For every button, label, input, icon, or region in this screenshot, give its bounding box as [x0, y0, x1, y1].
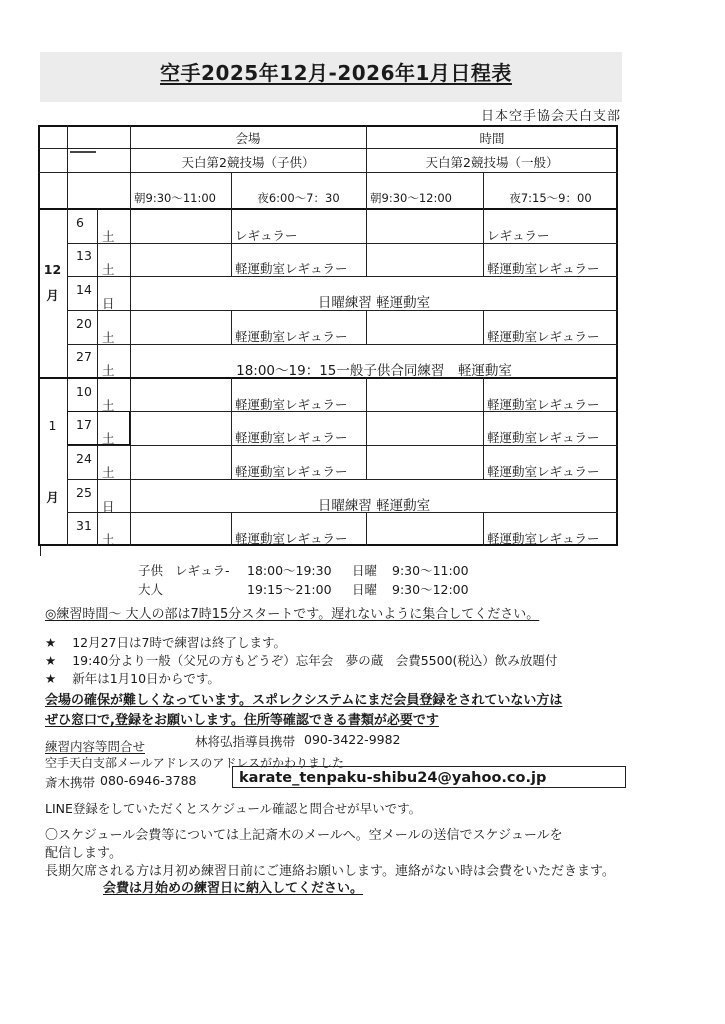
summary-adult-time: 19:15～21:00 [247, 580, 332, 598]
venue-divider [366, 172, 367, 208]
weekday: 土 [102, 396, 115, 414]
month-label-december: 12 [38, 262, 67, 277]
corner-mark [70, 151, 96, 153]
day-number: 17 [76, 417, 92, 432]
day-number: 25 [76, 485, 92, 500]
col-divider [483, 208, 484, 276]
weekday: 土 [102, 463, 115, 481]
star-note: ★ 新年は1月10日からです。 [45, 669, 220, 687]
saiki-phone: 080-6946-3788 [100, 773, 197, 788]
adult-pm-cell: 軽運動室レギュラー [487, 529, 600, 547]
adult-pm-cell: 軽運動室レギュラー [487, 327, 600, 345]
children-pm-cell: 軽運動室レギュラー [235, 259, 348, 277]
summary-children-sunday-label: 日曜 [352, 561, 377, 579]
star-icon: ★ [45, 635, 56, 650]
summary-adult-sunday-label: 日曜 [352, 580, 377, 598]
adult-pm-cell: 軽運動室レギュラー [487, 428, 600, 446]
col-divider [483, 512, 484, 546]
header-divider [67, 148, 618, 149]
day-number: 10 [76, 384, 92, 399]
stray-mark [40, 546, 41, 556]
venue-header: 会場 [130, 129, 366, 147]
summary-children-sunday-time: 9:30～11:00 [392, 561, 469, 579]
children-pm-cell: 軽運動室レギュラー [235, 395, 348, 413]
day-number: 31 [76, 518, 92, 533]
summary-children-time: 18:00～19:30 [247, 561, 332, 579]
weekday: 日 [102, 294, 115, 312]
weekday: 土 [102, 227, 115, 245]
venue-notice-line1: 会場の確保が難しくなっています。スポレクシステムにまだ会員登録をされていない方は [45, 689, 562, 708]
day-number: 20 [76, 316, 92, 331]
time-header: 時間 [366, 129, 618, 147]
children-pm-header: 夜6:00～7：30 [231, 190, 366, 206]
col-divider [366, 377, 367, 479]
header-divider [38, 172, 618, 173]
day-number: 13 [76, 248, 92, 263]
children-pm-cell: 軽運動室レギュラー [235, 462, 348, 480]
weekday: 土 [102, 328, 115, 346]
children-venue-header: 天白第2競技場（子供） [130, 153, 366, 171]
children-pm-cell: 軽運動室レギュラー [235, 529, 348, 547]
weekday: 土 [102, 260, 115, 278]
star-note: ★ 19:40分より一般（父兄の方もどうぞ）忘年会 夢の蔵 会費5500(税込）… [45, 651, 557, 669]
day-number: 14 [76, 282, 92, 297]
col-divider [231, 512, 232, 546]
weekday: 日 [102, 497, 115, 515]
adult-pm-cell: 軽運動室レギュラー [487, 259, 600, 277]
weekday: 土 [102, 361, 115, 379]
summary-adult-group: 大人 [138, 580, 163, 598]
adult-am-header: 朝9:30～12:00 [370, 190, 452, 206]
weekday: 土 [102, 429, 115, 447]
col-divider [231, 310, 232, 344]
header-bottom-divider [38, 208, 618, 210]
header-divider [38, 148, 67, 149]
star-note: ★ 12月27日は7時で練習は終了します。 [45, 633, 286, 651]
col-divider [483, 377, 484, 479]
children-pm-cell: 軽運動室レギュラー [235, 428, 348, 446]
children-am-header: 朝9:30～11:00 [134, 190, 216, 206]
merged-row-cell: 日曜練習 軽運動室 [130, 291, 618, 311]
inquiry-label: 練習内容等問合せ [45, 737, 145, 755]
saiki-label: 斎木携帯 [45, 773, 95, 791]
day-number: 6 [76, 215, 84, 230]
col-divider [483, 310, 484, 344]
children-pm-cell: 軽運動室レギュラー [235, 327, 348, 345]
col-divider [366, 310, 367, 344]
summary-children-group: 子供 [138, 561, 163, 579]
practice-time-note: ◎練習時間～ 大人の部は7時15分スタートです。遅れないように集合してください。 [45, 603, 539, 622]
page-title: 空手2025年12月-2026年1月日程表 [0, 57, 672, 86]
weekday: 土 [102, 530, 115, 548]
day-number: 27 [76, 349, 92, 364]
month-label-december-suffix: 月 [38, 286, 67, 304]
organization-name: 日本空手協会天白支部 [481, 105, 621, 124]
summary-adult-sunday-time: 9:30～12:00 [392, 580, 469, 598]
col-divider [366, 208, 367, 276]
month-label-january-suffix: 月 [38, 488, 67, 506]
col-divider [231, 208, 232, 276]
weekday-column-divider [130, 125, 131, 546]
schedule-mail-note-line1: 〇スケジュール会費等については上記斎木のメールへ。空メールの送信でスケジュールを [45, 824, 563, 843]
star-icon: ★ [45, 671, 56, 686]
schedule-mail-note-line2: 配信します。 [45, 842, 122, 861]
month-label-january: 1 [38, 418, 67, 433]
col-divider [366, 512, 367, 546]
adult-pm-cell: 軽運動室レギュラー [487, 395, 600, 413]
star-icon: ★ [45, 653, 56, 668]
adult-pm-header: 夜7:15～9：00 [483, 190, 618, 206]
children-pm-cell: レギュラー [235, 226, 298, 244]
fee-note: 会費は月始めの練習日に納入してください。 [103, 877, 363, 896]
month-column-divider [67, 125, 68, 546]
adult-pm-cell: 軽運動室レギュラー [487, 462, 600, 480]
adult-pm-cell: レギュラー [487, 226, 550, 244]
merged-row-cell: 日曜練習 軽運動室 [130, 494, 618, 514]
venue-notice-line2: ぜひ窓口で,登録をお願いします。住所等確認できる書類が必要です [45, 709, 439, 728]
adult-venue-header: 天白第2競技場（一般） [366, 153, 618, 171]
merged-row-cell: 18:00～19：15一般子供合同練習 軽運動室 [130, 359, 618, 379]
summary-children-type: レギュラ- [175, 561, 230, 579]
email-address[interactable]: karate_tenpaku-shibu24@yahoo.co.jp [232, 766, 626, 788]
instructor-phone: 090-3422-9982 [304, 732, 401, 747]
day-number: 24 [76, 451, 92, 466]
line-registration-note: LINE登録をしていただくとスケジュール確認と問合せが早いです。 [45, 799, 421, 817]
instructor-label: 林将弘指導員携帯 [195, 732, 295, 750]
col-divider [231, 377, 232, 479]
